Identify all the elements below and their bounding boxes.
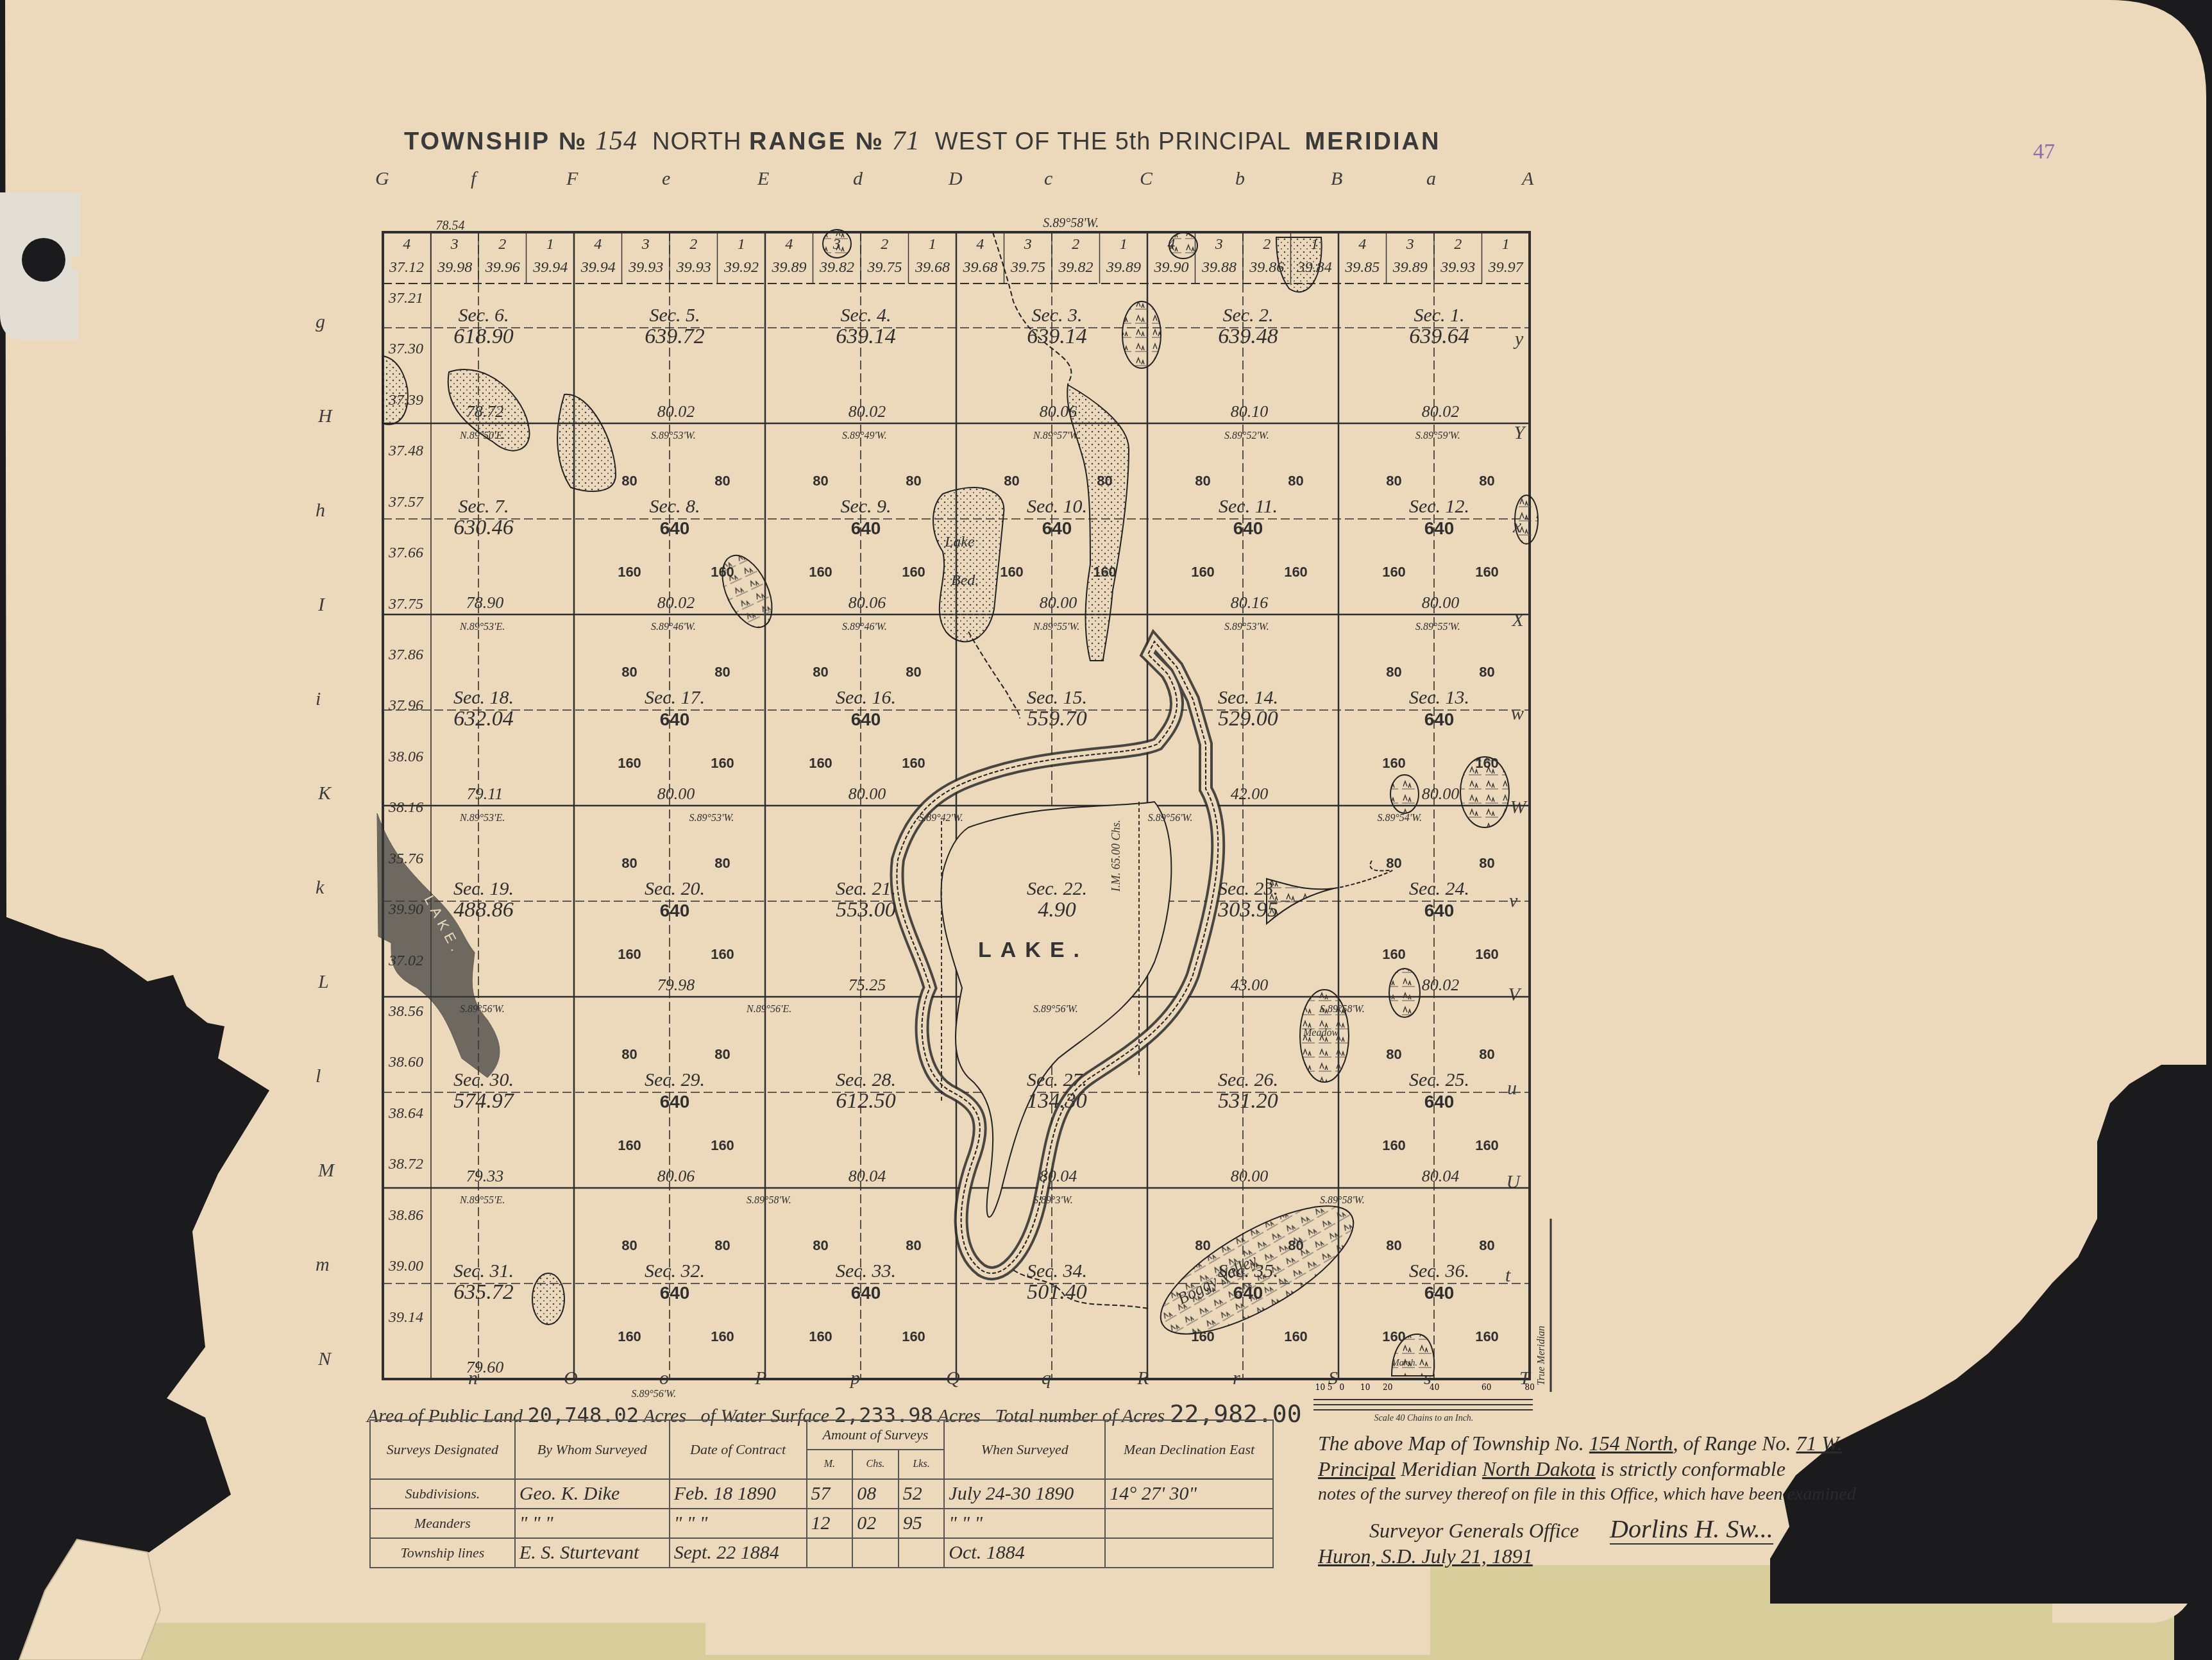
line-distance: 78.90 bbox=[466, 593, 504, 612]
section-number: Sec. 4. bbox=[840, 305, 891, 326]
section-14: Sec. 14.529.00 bbox=[1218, 687, 1278, 731]
section-area: 640 bbox=[1042, 518, 1072, 538]
marsh-sec3 bbox=[1122, 301, 1161, 368]
quarter-acreage: 80 bbox=[813, 664, 828, 680]
lot-number: 1 bbox=[1120, 236, 1127, 253]
table-cell: 12 bbox=[807, 1509, 853, 1538]
section-26: Sec. 26.531.20 bbox=[1218, 1069, 1278, 1113]
cert-office: Surveyor Generals Office bbox=[1369, 1519, 1579, 1542]
bearing-label: S.89°42'W. bbox=[918, 813, 963, 824]
quarter-acreage: 160 bbox=[1382, 564, 1406, 580]
quarter-acreage: 160 bbox=[1284, 1328, 1308, 1344]
line-distance: 78.72 bbox=[466, 402, 504, 421]
section-number: Sec. 21. bbox=[836, 878, 896, 899]
section-23: Sec. 23.303.95 bbox=[1217, 878, 1278, 922]
section-4: Sec. 4.639.14 bbox=[836, 305, 896, 348]
col-header: By Whom Surveyed bbox=[515, 1420, 670, 1479]
table-cell bbox=[899, 1538, 945, 1568]
section-2: Sec. 2.639.48 bbox=[1218, 305, 1278, 348]
lot-number: 2 bbox=[1454, 236, 1462, 253]
section-number: Sec. 13. bbox=[1409, 687, 1469, 708]
lot-acreage: 39.84 bbox=[1297, 259, 1332, 276]
stream-sec24 bbox=[1334, 860, 1392, 888]
quarter-acreage: 80 bbox=[1479, 1237, 1494, 1253]
lot-acreage: 39.88 bbox=[1201, 259, 1237, 276]
section-area: 640 bbox=[1233, 518, 1263, 538]
section-area: 635.72 bbox=[453, 1280, 514, 1304]
section-number: Sec. 24. bbox=[1409, 878, 1469, 899]
bearing-label: S.89°46'W. bbox=[651, 622, 696, 632]
section-area: 612.50 bbox=[836, 1089, 896, 1113]
scale-tick: 10 bbox=[1360, 1383, 1370, 1392]
line-distance: 80.06 bbox=[1040, 402, 1077, 421]
table-row: Township linesE. S. SturtevantSept. 22 1… bbox=[370, 1538, 1273, 1568]
true-meridian-label: True Meridian bbox=[1536, 1326, 1548, 1385]
quarter-acreage: 160 bbox=[902, 1328, 925, 1344]
west-lot-acreage: 38.64 bbox=[388, 1105, 423, 1122]
bearing-label: S.89°52'W. bbox=[1224, 430, 1269, 441]
cert-text: Principal bbox=[1318, 1457, 1396, 1480]
quarter-acreage: 160 bbox=[1382, 1328, 1406, 1344]
quarter-acreage: 80 bbox=[813, 473, 828, 489]
section-number: Sec. 1. bbox=[1414, 305, 1464, 326]
marsh-sec12 bbox=[1515, 495, 1538, 544]
quarter-acreage: 80 bbox=[621, 473, 637, 489]
quarter-acreage: 80 bbox=[714, 473, 730, 489]
section-area: 618.90 bbox=[453, 325, 514, 348]
section-number: Sec. 14. bbox=[1218, 687, 1278, 708]
bearing-label: N.89°55'W. bbox=[1033, 622, 1079, 632]
bearing-label: S.89°55'W. bbox=[1415, 622, 1460, 632]
line-distance: 80.02 bbox=[848, 402, 886, 421]
quarter-acreage: 160 bbox=[618, 564, 641, 580]
section-area: 574.97 bbox=[453, 1089, 515, 1113]
line-distance: 80.04 bbox=[1040, 1167, 1077, 1185]
section-number: Sec. 29. bbox=[645, 1069, 705, 1090]
lot-number: 2 bbox=[1263, 236, 1271, 253]
cert-text: is strictly conformable bbox=[1601, 1457, 1786, 1480]
quarter-acreage: 160 bbox=[1475, 946, 1499, 962]
lot-acreage: 39.92 bbox=[723, 259, 759, 276]
section-area: 639.14 bbox=[1027, 325, 1087, 348]
west-lot-acreage: 37.48 bbox=[388, 443, 423, 459]
table-cell: " " " bbox=[515, 1509, 670, 1538]
table-cell: 95 bbox=[899, 1509, 945, 1538]
marsh-sec24-25 bbox=[1389, 969, 1420, 1017]
bearing-label: S.89°56'W. bbox=[1033, 1004, 1078, 1015]
west-lot-acreage: 38.60 bbox=[388, 1054, 423, 1071]
bearing-label: N.89°56'E. bbox=[746, 1004, 791, 1015]
lot-number: 1 bbox=[1502, 236, 1510, 253]
signature: Dorlins H. Sw... bbox=[1610, 1514, 1773, 1545]
west-lot-acreage: 37.66 bbox=[388, 545, 423, 561]
scale-tick: 40 bbox=[1430, 1383, 1439, 1392]
quarter-acreage: 80 bbox=[906, 473, 921, 489]
section-3: Sec. 3.639.14 bbox=[1027, 305, 1087, 348]
section-29: Sec. 29.6408080160160 bbox=[618, 1046, 734, 1153]
table-cell: " " " bbox=[944, 1509, 1105, 1538]
lot-number: 1 bbox=[1311, 236, 1319, 253]
bearing-label: S.89°56'W. bbox=[631, 1389, 676, 1400]
lot-acreage: 39.94 bbox=[532, 259, 568, 276]
line-distance: 80.02 bbox=[657, 593, 695, 612]
section-number: Sec. 23. bbox=[1218, 878, 1278, 899]
table-cell: Geo. K. Dike bbox=[515, 1479, 670, 1509]
quarter-acreage: 80 bbox=[1386, 1046, 1401, 1062]
scale-tick: 10 bbox=[1315, 1383, 1325, 1392]
line-distance: 80.16 bbox=[1231, 593, 1269, 612]
bearing-label: S.89°53'W. bbox=[651, 430, 696, 441]
lot-acreage: 39.85 bbox=[1344, 259, 1380, 276]
section-31: Sec. 31.635.72 bbox=[453, 1260, 514, 1304]
table-header-row: Surveys Designated By Whom Surveyed Date… bbox=[370, 1420, 1273, 1450]
lot-acreage: 39.90 bbox=[1153, 259, 1188, 276]
west-lot-acreage: 39.00 bbox=[388, 1258, 423, 1275]
quarter-acreage: 160 bbox=[1284, 564, 1308, 580]
lot-acreage: 39.93 bbox=[1440, 259, 1475, 276]
section-15: Sec. 15.559.70 bbox=[1027, 687, 1087, 731]
col-header: Mean Declination East bbox=[1105, 1420, 1273, 1479]
line-distance: 80.06 bbox=[657, 1167, 695, 1185]
table-row: Meanders" " "" " "120295" " " bbox=[370, 1509, 1273, 1538]
west-lot-acreage: 38.72 bbox=[388, 1156, 423, 1173]
line-distance: 79.98 bbox=[657, 976, 695, 994]
west-lot-acreage: 37.75 bbox=[388, 596, 423, 613]
section-area: 639.64 bbox=[1409, 325, 1469, 348]
lot-number: 2 bbox=[881, 236, 888, 253]
section-area: 632.04 bbox=[453, 707, 514, 731]
quarter-acreage: 160 bbox=[618, 1328, 641, 1344]
bearing-label: S.89°58'W. bbox=[1043, 216, 1099, 230]
bearing-label: N.89°57'W. bbox=[1033, 430, 1079, 441]
quarter-acreage: 160 bbox=[1382, 1137, 1406, 1153]
west-lot-acreage: 38.16 bbox=[388, 799, 423, 816]
lot-number: 1 bbox=[738, 236, 745, 253]
bearing-label: S.89°53'W. bbox=[689, 813, 734, 824]
quarter-acreage: 160 bbox=[1475, 755, 1499, 771]
lake-bed-sec7-8 bbox=[557, 394, 616, 491]
cert-place-date: Huron, S.D. July 21, 1891 bbox=[1318, 1543, 1946, 1569]
lake-bed-label-2: Bed. bbox=[951, 572, 979, 589]
scale-ticks: 10501020406080 bbox=[1308, 1383, 1539, 1392]
section-area: 640 bbox=[660, 1283, 690, 1303]
table-cell: Township lines bbox=[370, 1538, 515, 1568]
quarter-acreage: 160 bbox=[618, 946, 641, 962]
sub-header: Chs. bbox=[852, 1450, 899, 1479]
quarter-acreage: 80 bbox=[621, 1237, 637, 1253]
section-11: Sec. 11.6408080160160 bbox=[1191, 473, 1308, 580]
bearing-label: S.89°49'W. bbox=[842, 430, 887, 441]
section-number: Sec. 8. bbox=[649, 496, 700, 517]
bearing-label: S.89°58'W. bbox=[1320, 1195, 1365, 1206]
quarter-acreage: 160 bbox=[1093, 564, 1117, 580]
section-18: Sec. 18.632.04 bbox=[453, 687, 514, 731]
section-area: 303.95 bbox=[1217, 898, 1278, 922]
section-20: Sec. 20.6408080160160 bbox=[618, 855, 734, 962]
section-area: 134.30 bbox=[1027, 1089, 1087, 1113]
section-area: 639.72 bbox=[645, 325, 705, 348]
section-area: 640 bbox=[660, 901, 690, 920]
west-lot-acreage: 38.06 bbox=[388, 749, 423, 765]
line-distance: 80.10 bbox=[1231, 402, 1269, 421]
lake-bed-sec3-10 bbox=[1067, 385, 1129, 661]
col-header: When Surveyed bbox=[944, 1420, 1105, 1479]
bearing-label: S.89°54'W. bbox=[1377, 813, 1422, 824]
sub-header: Lks. bbox=[899, 1450, 945, 1479]
section-number: Sec. 34. bbox=[1027, 1260, 1087, 1282]
bearing-label: N.89°53'E. bbox=[459, 813, 505, 824]
lot-number: 1 bbox=[546, 236, 554, 253]
table-cell: July 24-30 1890 bbox=[944, 1479, 1105, 1509]
table-cell: " " " bbox=[670, 1509, 807, 1538]
section-area: 639.14 bbox=[836, 325, 896, 348]
section-5: Sec. 5.639.72 bbox=[645, 305, 705, 348]
line-distance: 75.25 bbox=[848, 976, 886, 994]
quarter-acreage: 80 bbox=[621, 664, 637, 680]
quarter-acreage: 80 bbox=[1479, 855, 1494, 871]
bearing-label: N.89°50'E. bbox=[459, 430, 505, 441]
lake-bed-sec7-west bbox=[383, 356, 408, 425]
bearing-label: N.89°53'E. bbox=[459, 622, 505, 632]
cert-text: The above Map of Township No. bbox=[1318, 1432, 1584, 1455]
lot-acreage: 39.86 bbox=[1249, 259, 1284, 276]
section-number: Sec. 9. bbox=[840, 496, 891, 517]
line-distance: 80.00 bbox=[1422, 784, 1460, 803]
quarter-acreage: 80 bbox=[1288, 1237, 1303, 1253]
quarter-acreage: 80 bbox=[714, 664, 730, 680]
table-cell: 08 bbox=[852, 1479, 899, 1509]
quarter-acreage: 80 bbox=[1386, 1237, 1401, 1253]
table-cell bbox=[1105, 1538, 1273, 1568]
line-distance: 79.11 bbox=[467, 784, 503, 803]
section-1: Sec. 1.639.64 bbox=[1409, 305, 1469, 348]
west-lot-acreage: 38.56 bbox=[388, 1003, 423, 1020]
table-cell: Sept. 22 1884 bbox=[670, 1538, 807, 1568]
lot-acreage: 39.82 bbox=[819, 259, 854, 276]
marsh-sec13b bbox=[1390, 775, 1419, 813]
quarter-acreage: 80 bbox=[813, 1237, 828, 1253]
section-area: 553.00 bbox=[836, 898, 896, 922]
table-cell bbox=[807, 1538, 853, 1568]
stream-sec10-15 bbox=[968, 632, 1020, 718]
section-number: Sec. 15. bbox=[1027, 687, 1087, 708]
west-lot-acreage: 37.30 bbox=[388, 341, 423, 357]
cert-office-row: Surveyor Generals Office Dorlins H. Sw..… bbox=[1369, 1516, 1946, 1543]
lot-acreage: 39.82 bbox=[1058, 259, 1093, 276]
scale-tick: 60 bbox=[1482, 1383, 1491, 1392]
quarter-acreage: 160 bbox=[618, 1137, 641, 1153]
quarter-acreage: 160 bbox=[711, 1328, 734, 1344]
lake-bed-sec9-10 bbox=[933, 487, 1004, 641]
bearing-label: N.89°55'E. bbox=[459, 1195, 505, 1206]
cert-state: North Dakota bbox=[1482, 1457, 1596, 1480]
section-area: 640 bbox=[1424, 1283, 1455, 1303]
table-cell bbox=[852, 1538, 899, 1568]
section-number: Sec. 25. bbox=[1409, 1069, 1469, 1090]
quarter-acreage: 80 bbox=[1479, 664, 1494, 680]
line-distance: 80.02 bbox=[1422, 402, 1460, 421]
quarter-acreage: 160 bbox=[809, 1328, 832, 1344]
bearing-label: S.89°58'W. bbox=[1320, 1004, 1365, 1015]
lake-label: LAKE. bbox=[978, 938, 1088, 963]
quarter-acreage: 160 bbox=[1475, 1328, 1499, 1344]
section-number: Sec. 12. bbox=[1409, 496, 1469, 517]
lot-acreage: 39.94 bbox=[580, 259, 616, 276]
section-number: Sec. 20. bbox=[645, 878, 705, 899]
west-lot-acreage: 37.02 bbox=[388, 953, 423, 969]
col-header: Surveys Designated bbox=[370, 1420, 515, 1479]
table-cell: Oct. 1884 bbox=[944, 1538, 1105, 1568]
section-27: Sec. 27.134.30 bbox=[1027, 1069, 1087, 1113]
scale-bar: 10501020406080 Scale 40 Chains to an Inc… bbox=[1308, 1392, 1539, 1424]
lot-number: 4 bbox=[1358, 236, 1366, 253]
section-28: Sec. 28.612.50 bbox=[836, 1069, 896, 1113]
west-lot-acreage: 37.86 bbox=[388, 647, 423, 663]
quarter-acreage: 80 bbox=[1386, 855, 1401, 871]
cert-text: Meridian bbox=[1401, 1457, 1477, 1480]
section-number: Sec. 33. bbox=[836, 1260, 896, 1282]
section-number: Sec. 32. bbox=[645, 1260, 705, 1282]
lot-acreage: 39.89 bbox=[772, 259, 807, 276]
cert-line-3: notes of the survey thereof on file in t… bbox=[1318, 1482, 1946, 1507]
line-distance: 80.00 bbox=[1231, 1167, 1269, 1185]
lake-bed-label-1: Lake bbox=[945, 534, 975, 551]
section-number: Sec. 3. bbox=[1031, 305, 1082, 326]
lot-acreage: 78.54 bbox=[436, 219, 465, 233]
quarter-acreage: 160 bbox=[711, 564, 734, 580]
table-cell: Feb. 18 1890 bbox=[670, 1479, 807, 1509]
quarter-acreage: 160 bbox=[1382, 946, 1406, 962]
section-area: 640 bbox=[1233, 1283, 1263, 1303]
quarter-acreage: 160 bbox=[1475, 564, 1499, 580]
lot-number: 3 bbox=[641, 236, 650, 253]
quarter-acreage: 80 bbox=[1479, 473, 1494, 489]
lot-number: 2 bbox=[498, 236, 506, 253]
section-number: Sec. 6. bbox=[458, 305, 509, 326]
section-number: Sec. 26. bbox=[1218, 1069, 1278, 1090]
section-area: 640 bbox=[851, 518, 881, 538]
table-cell bbox=[1105, 1509, 1273, 1538]
section-area: 640 bbox=[1424, 709, 1455, 729]
lot-number: 4 bbox=[594, 236, 602, 253]
col-header: Date of Contract bbox=[670, 1420, 807, 1479]
section-area: 640 bbox=[660, 1092, 690, 1112]
bearing-label: S.89°46'W. bbox=[842, 622, 887, 632]
line-distance: 43.00 bbox=[1231, 976, 1269, 994]
col-header: Amount of Surveys bbox=[807, 1420, 945, 1450]
quarter-acreage: 80 bbox=[906, 1237, 921, 1253]
section-19: Sec. 19.488.86 bbox=[453, 878, 514, 922]
quarter-acreage: 160 bbox=[1191, 564, 1215, 580]
bearing-label: S.89°59'W. bbox=[1415, 430, 1460, 441]
section-number: Sec. 5. bbox=[649, 305, 700, 326]
section-number: Sec. 16. bbox=[836, 687, 896, 708]
quarter-acreage: 160 bbox=[618, 755, 641, 771]
quarter-acreage: 160 bbox=[711, 1137, 734, 1153]
section-area: 640 bbox=[1424, 1092, 1455, 1112]
line-distance: 80.00 bbox=[848, 784, 886, 803]
line-distance: 79.33 bbox=[466, 1167, 504, 1185]
west-lot-acreage: 38.86 bbox=[388, 1207, 423, 1224]
section-area: 4.90 bbox=[1038, 898, 1076, 922]
section-7: Sec. 7.630.46 bbox=[453, 496, 514, 539]
lot-acreage: 39.75 bbox=[1010, 259, 1045, 276]
line-distance: 80.04 bbox=[1422, 1167, 1460, 1185]
cert-line-1: The above Map of Township No. 154 North,… bbox=[1318, 1430, 1946, 1456]
lot-acreage: 39.68 bbox=[915, 259, 950, 276]
section-number: Sec. 7. bbox=[458, 496, 509, 517]
quarter-acreage: 160 bbox=[809, 564, 832, 580]
line-distance: 80.02 bbox=[1422, 976, 1460, 994]
marsh-label: Marsh. bbox=[1392, 1359, 1417, 1369]
west-lot-acreage: 35.76 bbox=[388, 851, 423, 867]
table-cell: 52 bbox=[899, 1479, 945, 1509]
quarter-acreage: 160 bbox=[1000, 564, 1024, 580]
quarter-acreage: 160 bbox=[1382, 755, 1406, 771]
quarter-acreage: 80 bbox=[1195, 1237, 1210, 1253]
lot-number: 3 bbox=[1215, 236, 1223, 253]
scale-tick: 5 bbox=[1328, 1383, 1333, 1392]
section-number: Sec. 31. bbox=[453, 1260, 514, 1282]
section-33: Sec. 33.6408080160160 bbox=[809, 1237, 925, 1344]
lot-acreage: 39.96 bbox=[485, 259, 520, 276]
lot-number: 3 bbox=[832, 236, 841, 253]
line-distance: 80.02 bbox=[657, 402, 695, 421]
section-number: Sec. 28. bbox=[836, 1069, 896, 1090]
line-distance: 79.60 bbox=[466, 1358, 504, 1376]
quarter-acreage: 80 bbox=[714, 1237, 730, 1253]
west-lot-acreage: 37.57 bbox=[388, 494, 424, 511]
quarter-acreage: 80 bbox=[1386, 473, 1401, 489]
west-lot-acreage: 37.21 bbox=[388, 290, 423, 307]
lot-acreage: 39.89 bbox=[1392, 259, 1428, 276]
bearing-label: S.89°56'W. bbox=[460, 1004, 505, 1015]
lot-number: 3 bbox=[450, 236, 459, 253]
quarter-acreage: 160 bbox=[1191, 1328, 1215, 1344]
section-25: Sec. 25.6408080160160 bbox=[1382, 1046, 1499, 1153]
scale-tick: 80 bbox=[1525, 1383, 1535, 1392]
section-area: 630.46 bbox=[453, 516, 514, 539]
quarter-acreage: 80 bbox=[621, 1046, 637, 1062]
scale-label: Scale 40 Chains to an Inch. bbox=[1308, 1414, 1539, 1424]
lot-acreage: 39.89 bbox=[1106, 259, 1141, 276]
section-24: Sec. 24.6408080160160 bbox=[1382, 855, 1499, 962]
line-distance: 42.00 bbox=[1231, 784, 1269, 803]
section-30: Sec. 30.574.97 bbox=[453, 1069, 515, 1113]
scale-bar-graphic bbox=[1308, 1392, 1539, 1411]
section-area: 640 bbox=[660, 709, 690, 729]
section-area: 559.70 bbox=[1027, 707, 1087, 731]
bearing-label: S.89°53'W. bbox=[1224, 622, 1269, 632]
quarter-acreage: 80 bbox=[621, 855, 637, 871]
line-distance: 80.06 bbox=[848, 593, 886, 612]
lot-number: 2 bbox=[1072, 236, 1079, 253]
lot-number: 1 bbox=[929, 236, 936, 253]
section-area: 639.48 bbox=[1218, 325, 1278, 348]
section-area: 640 bbox=[1424, 518, 1455, 538]
quarter-acreage: 160 bbox=[902, 755, 925, 771]
lot-number: 4 bbox=[403, 236, 410, 253]
lot-acreage: 39.68 bbox=[963, 259, 998, 276]
section-13: Sec. 13.6408080160160 bbox=[1382, 664, 1499, 771]
lot-acreage: 39.97 bbox=[1488, 259, 1524, 276]
table-cell: 14° 27' 30" bbox=[1105, 1479, 1273, 1509]
section-number: Sec. 18. bbox=[453, 687, 514, 708]
bearing-label: S.89°56'W. bbox=[1148, 813, 1193, 824]
section-area: 488.86 bbox=[453, 898, 514, 922]
quarter-acreage: 80 bbox=[1386, 664, 1401, 680]
section-area: 531.20 bbox=[1218, 1089, 1278, 1113]
